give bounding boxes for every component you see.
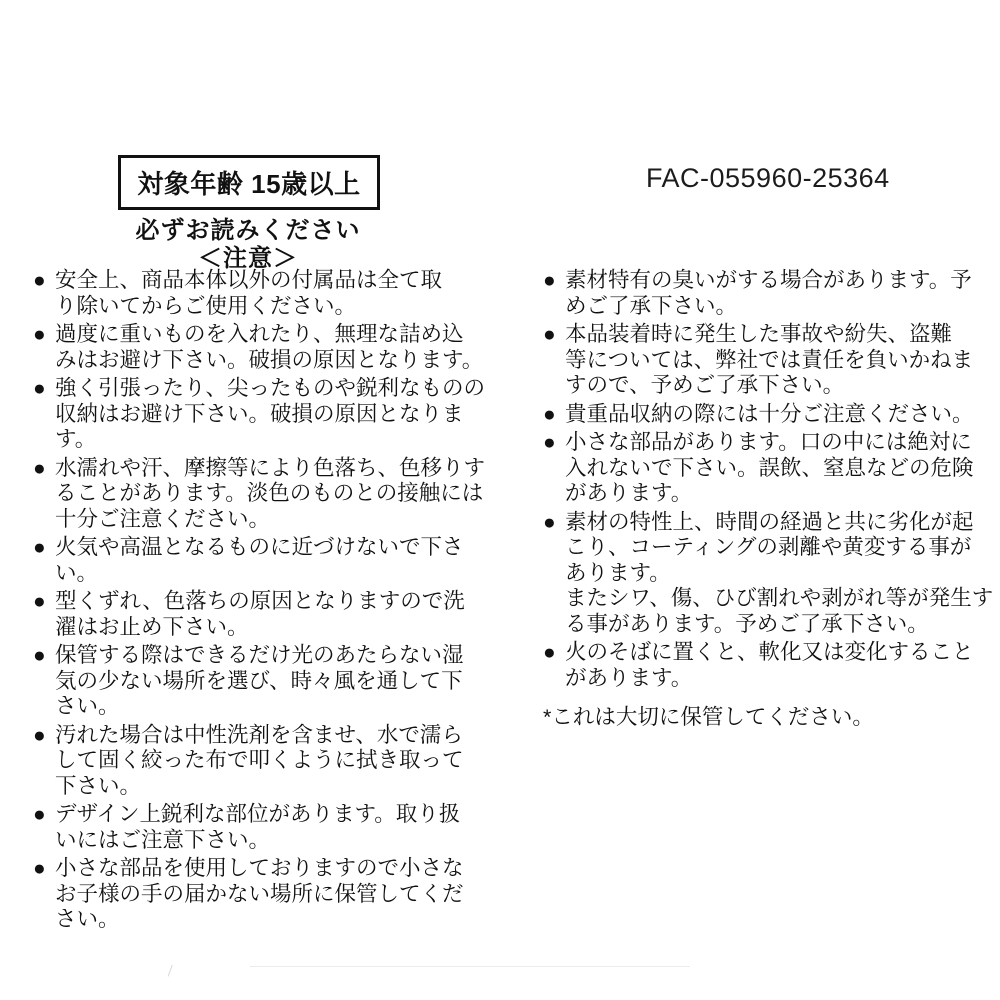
bullet-icon: ●: [543, 640, 565, 666]
notice-text: 火のそばに置くと、軟化又は変化すること があります。: [565, 640, 995, 691]
notice-text: 過度に重いものを入れたり、無理な詰め込 みはお避け下さい。破損の原因となります。: [55, 322, 485, 373]
bullet-icon: ●: [33, 456, 55, 482]
notice-item: ● 型くずれ、色落ちの原因となりますので洗 濯はお止め下さい。: [33, 589, 485, 640]
bullet-icon: ●: [33, 535, 55, 561]
notice-item: ● 素材の特性上、時間の経過と共に劣化が起 こり、コーティングの剥離や黄変する事…: [543, 510, 995, 638]
notice-text: 汚れた場合は中性洗剤を含ませ、水で濡ら して固く絞った布で叩くように拭き取って …: [55, 723, 485, 800]
bullet-icon: ●: [33, 723, 55, 749]
notice-text: 素材の特性上、時間の経過と共に劣化が起 こり、コーティングの剥離や黄変する事が …: [565, 510, 995, 638]
notice-text: 強く引張ったり、尖ったものや鋭利なものの 収納はお避け下さい。破損の原因となりま…: [55, 376, 485, 453]
notice-text: 火気や高温となるものに近づけないで下さ い。: [55, 535, 485, 586]
keep-safe-footnote: *これは大切に保管してください。: [543, 705, 995, 731]
age-restriction-label: 対象年齢 15歳以上: [137, 169, 360, 199]
notice-item: ● デザイン上鋭利な部位があります。取り扱 いにはご注意下さい。: [33, 802, 485, 853]
notice-item: ● 素材特有の臭いがする場合があります。予 めご了承下さい。: [543, 268, 995, 319]
notices-left-column: ● 安全上、商品本体以外の付属品は全て取 り除いてからご使用ください。 ● 過度…: [33, 268, 485, 936]
notice-text: 安全上、商品本体以外の付属品は全て取 り除いてからご使用ください。: [55, 268, 485, 319]
notice-text: 本品装着時に発生した事故や紛失、盗難 等については、弊社では責任を負いかねま す…: [565, 322, 995, 399]
notices-right-column: ● 素材特有の臭いがする場合があります。予 めご了承下さい。 ● 本品装着時に発…: [543, 268, 995, 731]
bullet-icon: ●: [33, 268, 55, 294]
bullet-icon: ●: [33, 802, 55, 828]
notice-item: ● 強く引張ったり、尖ったものや鋭利なものの 収納はお避け下さい。破損の原因とな…: [33, 376, 485, 453]
bullet-icon: ●: [543, 402, 565, 428]
bullet-icon: ●: [33, 856, 55, 882]
notice-item: ● 安全上、商品本体以外の付属品は全て取 り除いてからご使用ください。: [33, 268, 485, 319]
bullet-icon: ●: [33, 376, 55, 402]
bullet-icon: ●: [33, 643, 55, 669]
bullet-icon: ●: [543, 322, 565, 348]
notice-item: ● 水濡れや汗、摩擦等により色落ち、色移りす ることがあります。淡色のものとの接…: [33, 456, 485, 533]
notice-item: ● 本品装着時に発生した事故や紛失、盗難 等については、弊社では責任を負いかねま…: [543, 322, 995, 399]
notice-text: デザイン上鋭利な部位があります。取り扱 いにはご注意下さい。: [55, 802, 485, 853]
notice-text: 小さな部品があります。口の中には絶対に 入れないで下さい。誤飲、窒息などの危険 …: [565, 430, 995, 507]
notice-item: ● 火気や高温となるものに近づけないで下さ い。: [33, 535, 485, 586]
notice-item: ● 貴重品収納の際には十分ご注意ください。: [543, 402, 995, 428]
scan-artifact-mark: [158, 961, 172, 976]
bullet-icon: ●: [33, 589, 55, 615]
notice-item: ● 小さな部品があります。口の中には絶対に 入れないで下さい。誤飲、窒息などの危…: [543, 430, 995, 507]
notice-item: ● 火のそばに置くと、軟化又は変化すること があります。: [543, 640, 995, 691]
notice-item: ● 小さな部品を使用しておりますので小さな お子様の手の届かない場所に保管してく…: [33, 856, 485, 933]
bullet-icon: ●: [543, 510, 565, 536]
notice-text: 水濡れや汗、摩擦等により色落ち、色移りす ることがあります。淡色のものとの接触に…: [55, 456, 485, 533]
notice-text: 小さな部品を使用しておりますので小さな お子様の手の届かない場所に保管してくだ …: [55, 856, 485, 933]
notice-item: ● 過度に重いものを入れたり、無理な詰め込 みはお避け下さい。破損の原因となりま…: [33, 322, 485, 373]
notice-text: 素材特有の臭いがする場合があります。予 めご了承下さい。: [565, 268, 995, 319]
bullet-icon: ●: [33, 322, 55, 348]
notice-text: 保管する際はできるだけ光のあたらない湿 気の少ない場所を選び、時々風を通して下 …: [55, 643, 485, 720]
scan-artifact-line: [250, 966, 690, 967]
notice-text: 貴重品収納の際には十分ご注意ください。: [565, 402, 995, 428]
notice-item: ● 保管する際はできるだけ光のあたらない湿 気の少ない場所を選び、時々風を通して…: [33, 643, 485, 720]
age-restriction-box: 対象年齢 15歳以上: [118, 155, 380, 210]
bullet-icon: ●: [543, 430, 565, 456]
bullet-icon: ●: [543, 268, 565, 294]
caution-sheet: 対象年齢 15歳以上 必ずお読みください ＜注意＞ FAC-055960-253…: [0, 0, 1000, 1000]
notice-text: 型くずれ、色落ちの原因となりますので洗 濯はお止め下さい。: [55, 589, 485, 640]
notice-item: ● 汚れた場合は中性洗剤を含ませ、水で濡ら して固く絞った布で叩くように拭き取っ…: [33, 723, 485, 800]
product-code: FAC-055960-25364: [646, 163, 890, 194]
